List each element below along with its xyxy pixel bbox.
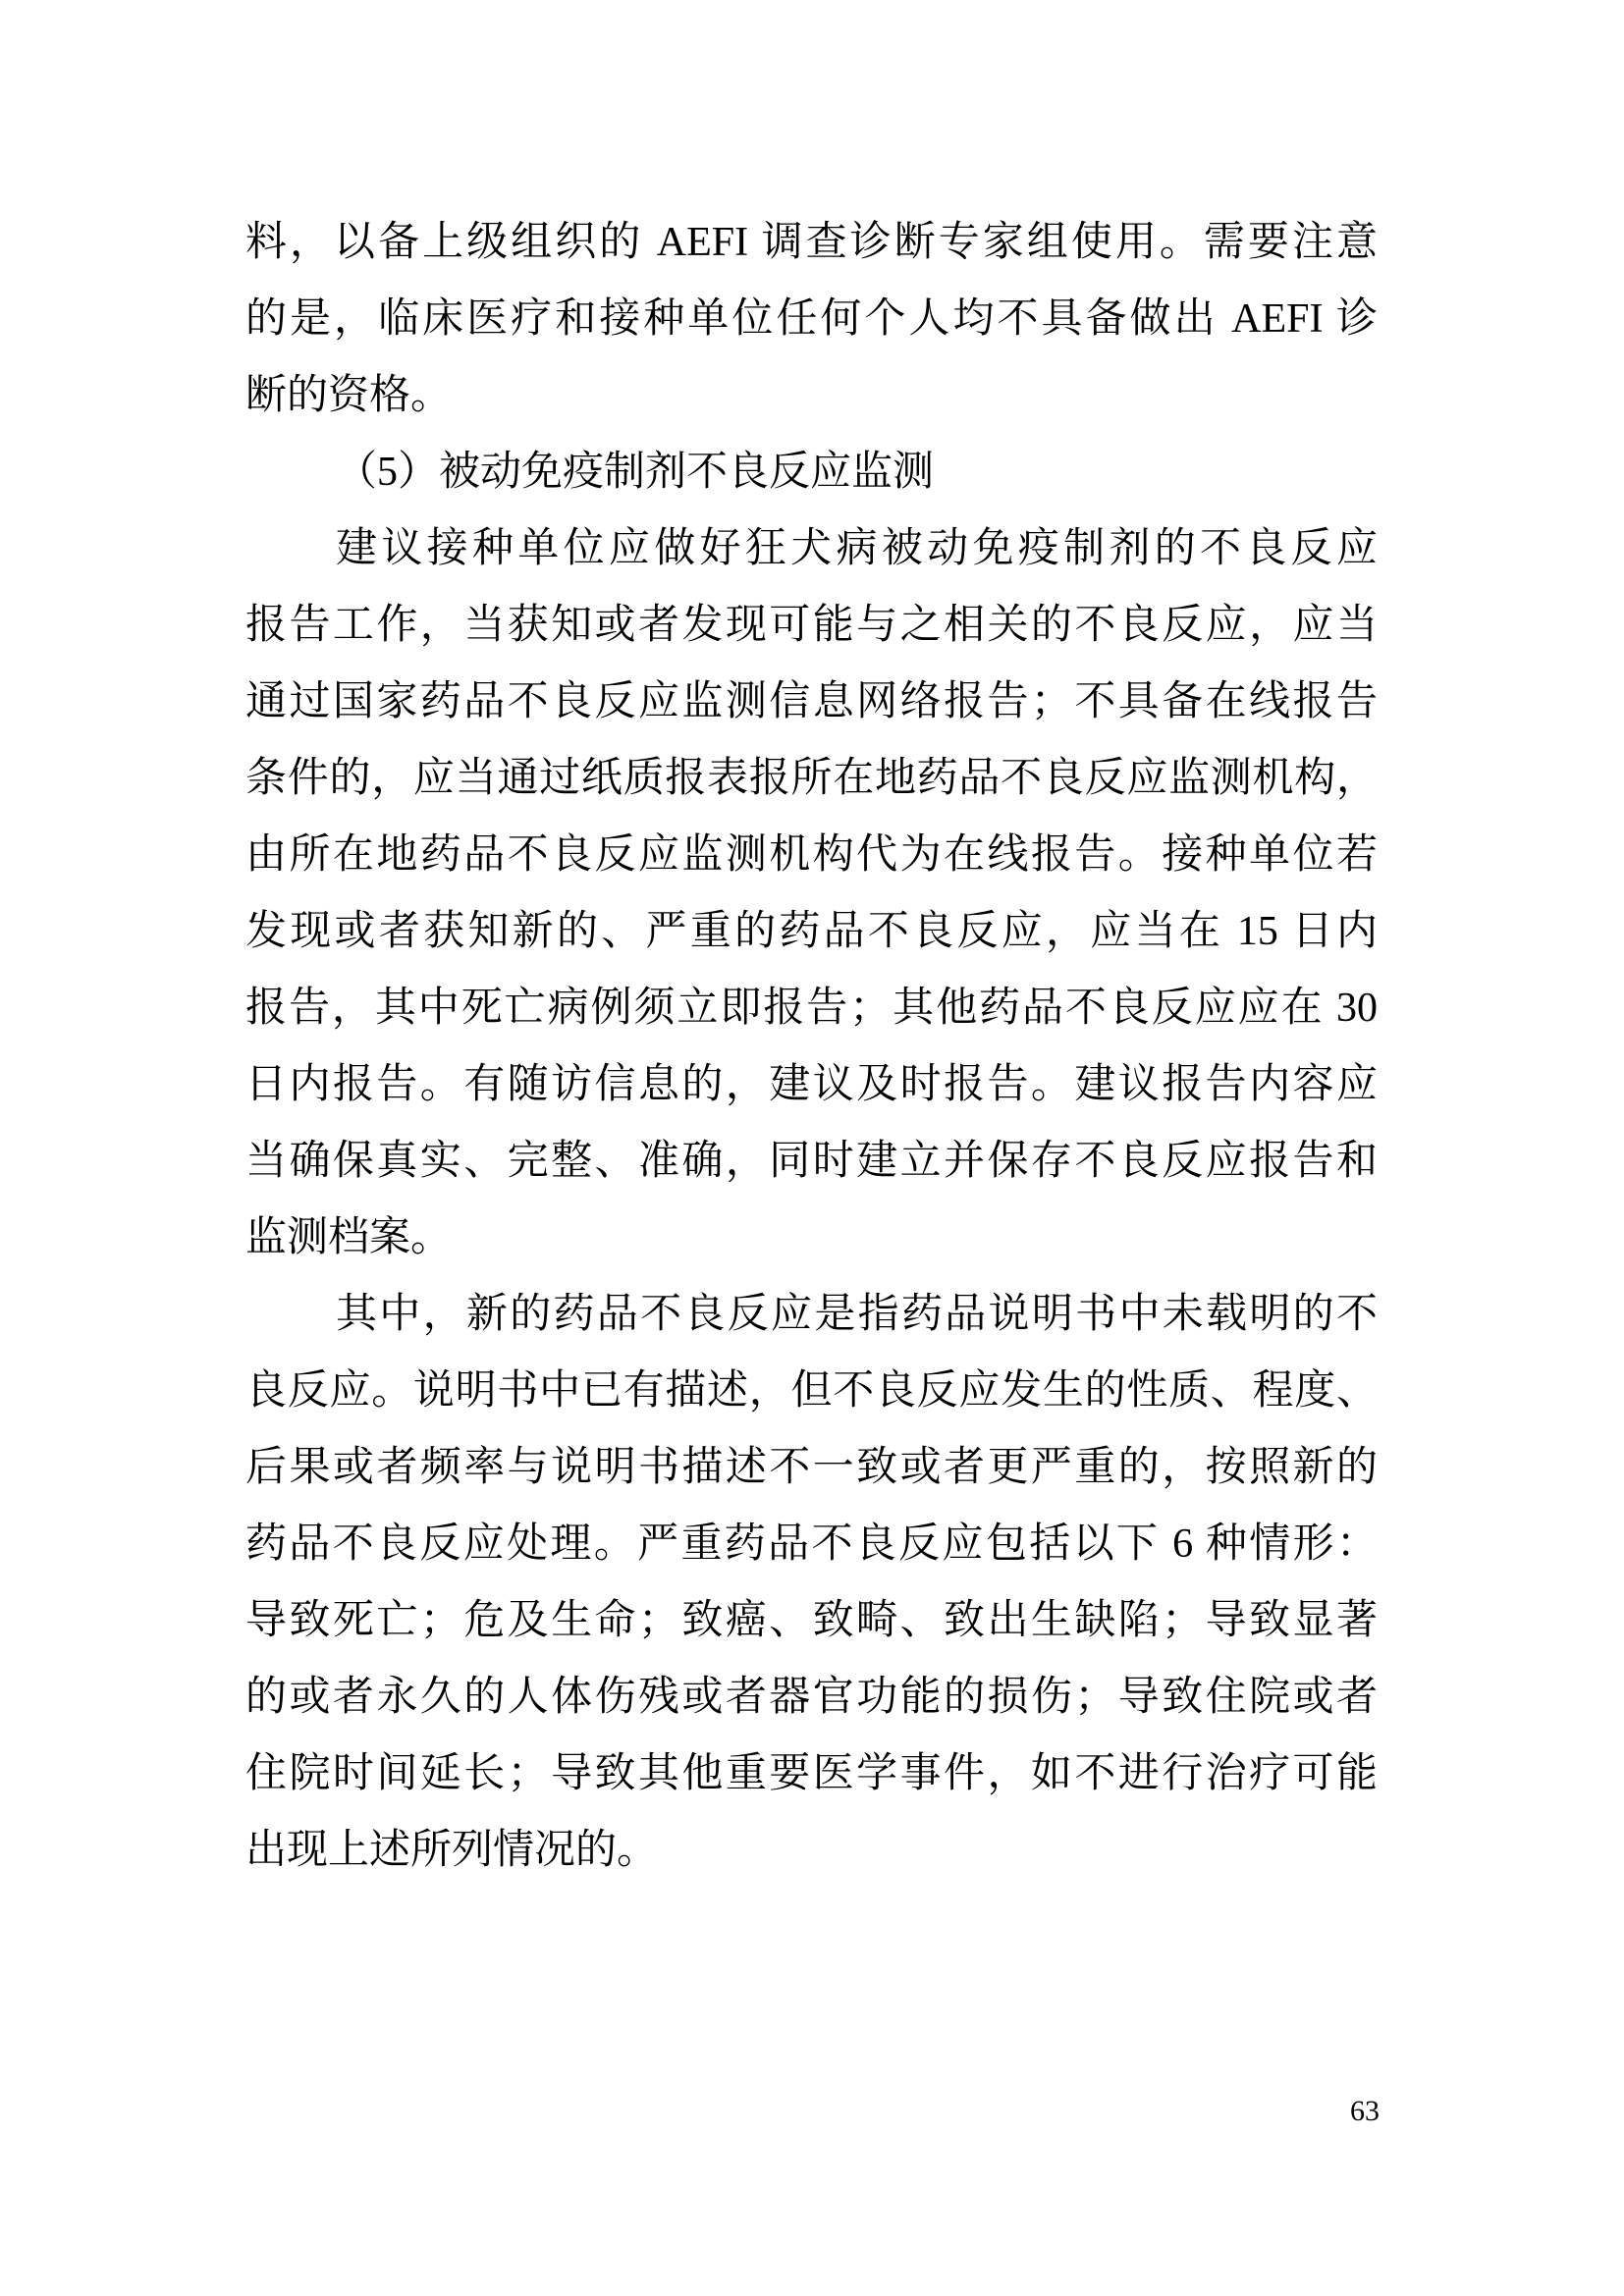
body-text: 料，以备上级组织的 AEFI 调查诊断专家组使用。需要注意的是，临床医疗和接种单… [245, 204, 1378, 1889]
text-line: 通过国家药品不良反应监测信息网络报告；不具备在线报告 [245, 664, 1378, 740]
text-line: 由所在地药品不良反应监测机构代为在线报告。接种单位若 [245, 817, 1378, 893]
text-line: 日内报告。有随访信息的，建议及时报告。建议报告内容应 [245, 1046, 1378, 1123]
text-line: 导致死亡；危及生命；致癌、致畸、致出生缺陷；导致显著 [245, 1582, 1378, 1659]
text-line: 其中，新的药品不良反应是指药品说明书中未载明的不 [245, 1276, 1378, 1353]
document-page: 料，以备上级组织的 AEFI 调查诊断专家组使用。需要注意的是，临床医疗和接种单… [0, 0, 1624, 2296]
text-line: 的是，临床医疗和接种单位任何个人均不具备做出 AEFI 诊 [245, 281, 1378, 357]
text-line: 后果或者频率与说明书描述不一致或者更严重的，按照新的 [245, 1429, 1378, 1506]
text-line: 报告工作，当获知或者发现可能与之相关的不良反应，应当 [245, 587, 1378, 664]
text-line: 当确保真实、完整、准确，同时建立并保存不良反应报告和 [245, 1123, 1378, 1200]
text-line: 监测档案。 [245, 1200, 1378, 1276]
text-line: 条件的，应当通过纸质报表报所在地药品不良反应监测机构， [245, 740, 1378, 817]
text-line: 的或者永久的人体伤残或者器官功能的损伤；导致住院或者 [245, 1659, 1378, 1735]
text-line: 发现或者获知新的、严重的药品不良反应，应当在 15 日内 [245, 893, 1378, 970]
text-line: 出现上述所列情况的。 [245, 1812, 1378, 1889]
text-line: 良反应。说明书中已有描述，但不良反应发生的性质、程度、 [245, 1353, 1378, 1429]
text-line: 断的资格。 [245, 357, 1378, 434]
text-line: 报告，其中死亡病例须立即报告；其他药品不良反应应在 30 [245, 970, 1378, 1046]
text-line: （5）被动免疫制剂不良反应监测 [245, 434, 1378, 510]
text-line: 建议接种单位应做好狂犬病被动免疫制剂的不良反应 [245, 510, 1378, 587]
text-line: 料，以备上级组织的 AEFI 调查诊断专家组使用。需要注意 [245, 204, 1378, 281]
text-line: 药品不良反应处理。严重药品不良反应包括以下 6 种情形： [245, 1506, 1378, 1582]
text-line: 住院时间延长；导致其他重要医学事件，如不进行治疗可能 [245, 1735, 1378, 1812]
page-number: 63 [245, 2095, 1380, 2128]
